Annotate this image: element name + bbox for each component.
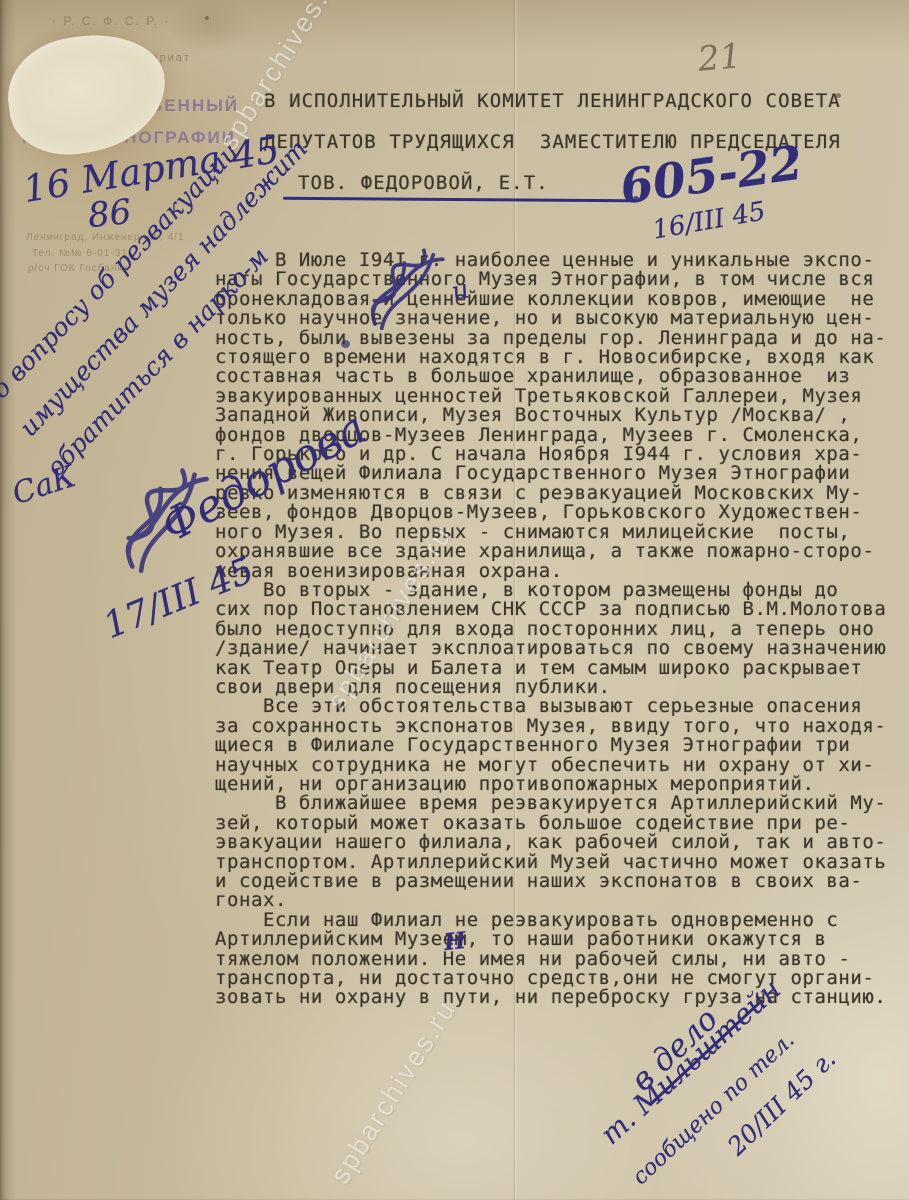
paper-stain-speck	[205, 16, 209, 20]
body-line: Все эти обстоятельства вызывают серьезны…	[215, 697, 886, 716]
body-line: сих пор Постановлением СНК СССР за подпи…	[215, 600, 886, 619]
archive-watermark: spbarchives.ru	[325, 994, 463, 1189]
body-line: охранявшие все здание хранилища, а также…	[215, 542, 886, 561]
body-line: только научное значение, но и высокую ма…	[215, 309, 886, 328]
document-page: · Р. С. Ф. С. Р. · Народный комиссариат …	[0, 0, 909, 1200]
body-line: эвакуации нашего филиала, как рабочей си…	[215, 833, 886, 852]
body-line: щиеся в Филиале Государственного Музея Э…	[215, 736, 886, 755]
body-line: зеев, фондов Дворцов-Музеев, Горьковског…	[215, 503, 886, 522]
ink-blot	[341, 340, 350, 348]
pencil-page-number: 21	[696, 36, 743, 80]
handwritten-initials: СаК	[8, 459, 80, 512]
header-line-3: ТОВ. ФЕДОРОВОЙ, Е.Т.	[298, 172, 549, 194]
body-line: В ближайшее время реэвакуируется Артилле…	[215, 794, 886, 813]
body-line: составная часть в большое хранилище, обр…	[215, 367, 886, 386]
body-line: Артиллерийским Музеем, то наши работники…	[215, 930, 886, 949]
letterhead-country: · Р. С. Ф. С. Р. ·	[52, 14, 171, 28]
header-line-1: В ИСПОЛНИТЕЛЬНЫЙ КОМИТЕТ ЛЕНИНГРАДСКОГО …	[264, 90, 841, 112]
body-line: и содействие в размещении наших экспонат…	[215, 872, 886, 891]
letter-body: В Июле I94I г. наиболее ценные и уникаль…	[215, 251, 886, 1008]
body-line: наты Государственного Музея Этнографии, …	[215, 270, 886, 289]
ink-correction-letter: Н	[443, 927, 467, 956]
ink-underline	[283, 197, 631, 202]
body-line: /здание/ начинает эксплоатироваться по с…	[215, 639, 886, 658]
body-line: гонах.	[215, 891, 886, 910]
body-line: жевая военизированная охрана.	[215, 562, 886, 581]
